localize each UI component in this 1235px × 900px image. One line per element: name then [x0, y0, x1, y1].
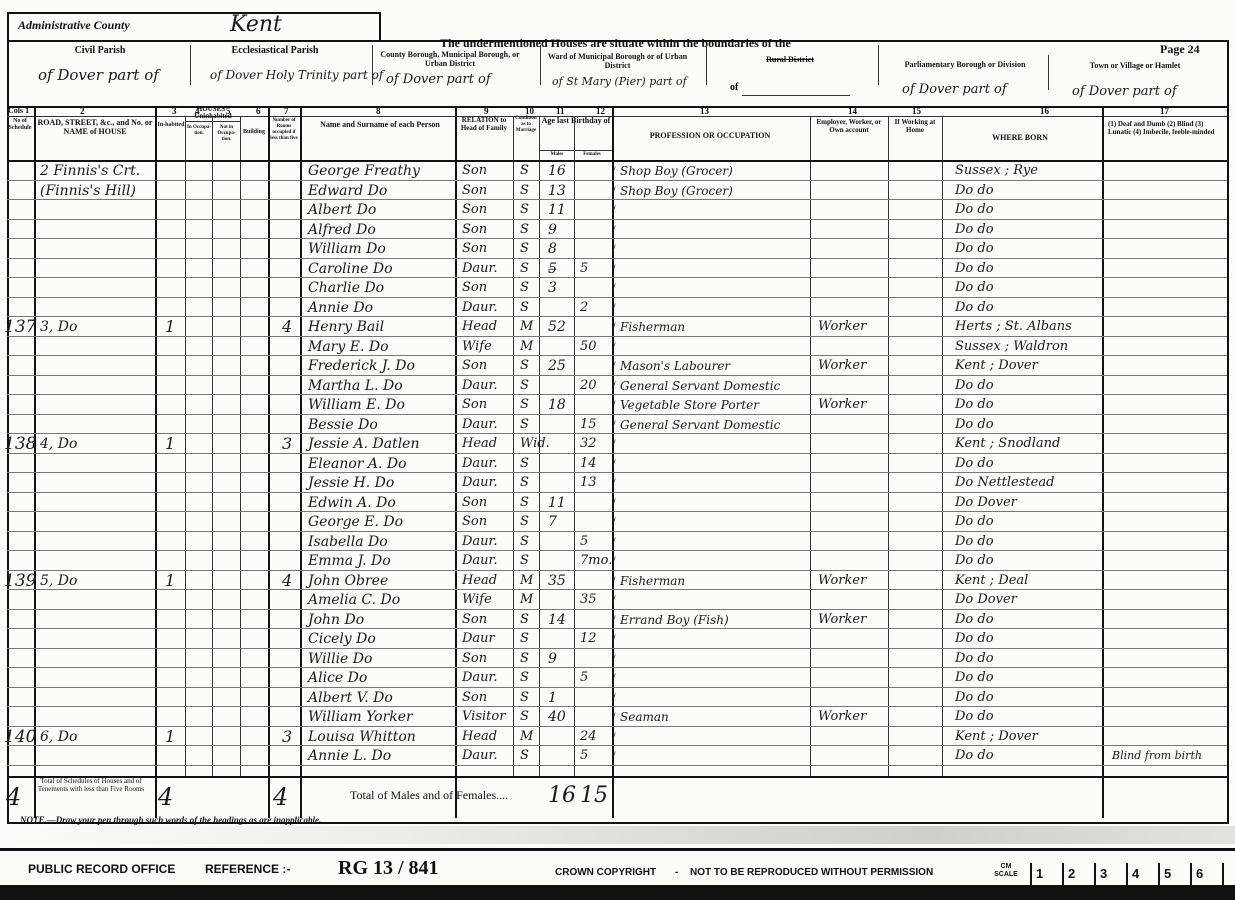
female-age: 2	[580, 299, 588, 317]
inhabited-count: 1	[165, 318, 175, 336]
birthplace: Do do	[955, 747, 994, 765]
female-age: 14	[580, 455, 597, 473]
marital-condition: S	[520, 455, 529, 473]
total-rooms: 4	[273, 783, 288, 811]
person-name: Annie Do	[308, 299, 373, 317]
birthplace: Do do	[955, 630, 994, 648]
check-mark-icon: /	[612, 261, 616, 277]
person-name: Louisa Whitton	[308, 728, 416, 746]
schedule-number: 137	[4, 318, 36, 336]
marital-condition: S	[520, 182, 529, 200]
check-mark-icon: /	[612, 670, 616, 686]
parl-borough-value: of Dover part of	[902, 82, 1007, 97]
occupation: Vegetable Store Porter	[620, 396, 759, 414]
employer-status: Worker	[818, 357, 866, 375]
marital-condition: S	[520, 552, 529, 570]
male-age: 14	[548, 611, 566, 629]
birthplace: Do do	[955, 689, 994, 707]
person-name: Annie L. Do	[308, 747, 391, 765]
col-not-in-occupation-header: Not in Occupa-tion.	[213, 125, 240, 143]
birthplace: Do do	[955, 396, 994, 414]
check-mark-icon: /	[612, 690, 616, 706]
marital-condition: S	[520, 611, 529, 629]
footer-office: PUBLIC RECORD OFFICE	[28, 862, 175, 876]
marital-condition: M	[520, 318, 533, 336]
footer-dash: -	[675, 867, 678, 878]
admin-county-label: Administrative County	[18, 18, 130, 33]
col-working-home-header: If Working at Home	[890, 118, 940, 134]
birthplace: Do do	[955, 299, 994, 317]
column-number: 13	[700, 106, 709, 116]
employer-status: Worker	[818, 318, 866, 336]
total-inhabited: 4	[158, 783, 173, 811]
birthplace: Do do	[955, 201, 994, 219]
birthplace: Do do	[955, 533, 994, 551]
birthplace: Do do	[955, 513, 994, 531]
check-mark-icon: /	[612, 573, 616, 589]
col-infirmity-header: (1) Deaf and Dumb (2) Blind (3) Lunatic …	[1108, 120, 1218, 136]
birthplace: Do do	[955, 611, 994, 629]
col-males-header: Males	[542, 151, 572, 159]
female-age: 7mo.	[580, 552, 612, 570]
relation: Head	[462, 572, 497, 590]
relation: Son	[462, 279, 487, 297]
col-employer-header: Employer, Worker, or Own account	[812, 118, 886, 134]
marital-condition: S	[520, 357, 529, 375]
check-mark-icon: /	[612, 709, 616, 725]
column-number: 16	[1040, 106, 1049, 116]
check-mark-icon: /	[612, 378, 616, 394]
column-number: 8	[376, 106, 381, 116]
person-name: George Freathy	[308, 162, 420, 180]
birthplace: Do do	[955, 240, 994, 258]
marital-condition: S	[520, 240, 529, 258]
relation: Head	[462, 318, 497, 336]
birthplace: Kent ; Dover	[955, 728, 1038, 746]
birthplace: Do do	[955, 260, 994, 278]
check-mark-icon: /	[612, 748, 616, 764]
relation: Daur.	[462, 669, 497, 687]
birthplace: Do do	[955, 552, 994, 570]
person-name: Albert V. Do	[308, 689, 393, 707]
birthplace: Kent ; Deal	[955, 572, 1028, 590]
inhabited-count: 1	[165, 435, 175, 453]
female-age: 5	[580, 747, 588, 765]
birthplace: Do do	[955, 455, 994, 473]
birthplace: Do do	[955, 279, 994, 297]
person-name: William E. Do	[308, 396, 405, 414]
check-mark-icon: /	[612, 280, 616, 296]
birthplace: Do Dover	[955, 591, 1017, 609]
footer-scale-label: CM SCALE	[993, 863, 1019, 879]
relation: Daur.	[462, 260, 497, 278]
check-mark-icon: /	[612, 729, 616, 745]
relation: Son	[462, 494, 487, 512]
female-age: 5	[580, 669, 588, 687]
road-address: 4, Do	[40, 435, 77, 453]
infirmity: Blind from birth	[1112, 747, 1202, 765]
birthplace: Kent ; Dover	[955, 357, 1038, 375]
occupation: Mason's Labourer	[620, 357, 730, 375]
female-age: 24	[580, 728, 597, 746]
marital-condition: S	[520, 669, 529, 687]
relation: Son	[462, 221, 487, 239]
male-age: 11	[548, 494, 566, 512]
col-building-header: Building	[241, 128, 267, 136]
parl-borough-label: Parliamentary Borough or Division	[895, 60, 1035, 69]
scale-box: 4	[1126, 863, 1152, 897]
person-name: Albert Do	[308, 201, 376, 219]
person-name: Emma J. Do	[308, 552, 391, 570]
marital-condition: S	[520, 162, 529, 180]
relation: Son	[462, 182, 487, 200]
col-occupation-header: PROFESSION OR OCCUPATION	[615, 130, 805, 141]
relation: Son	[462, 162, 487, 180]
relation: Daur.	[462, 455, 497, 473]
rural-district-value: of	[730, 82, 738, 93]
rooms-count: 3	[282, 435, 292, 453]
person-name: Caroline Do	[308, 260, 393, 278]
relation: Son	[462, 650, 487, 668]
road-address: 6, Do	[40, 728, 77, 746]
check-mark-icon: /	[612, 436, 616, 452]
employer-status: Worker	[818, 396, 866, 414]
col-schedule-header: No of Schedule	[7, 118, 33, 132]
check-mark-icon: /	[612, 202, 616, 218]
borough-value: of Dover part of	[386, 72, 491, 87]
relation: Son	[462, 201, 487, 219]
col-rooms-header: Number of Rooms occupied if less than fi…	[269, 118, 299, 142]
col-in-occupation-header: In Occupa-tion.	[186, 125, 212, 137]
civil-parish-label: Civil Parish	[30, 45, 170, 56]
col-where-born-header: WHERE BORN	[945, 132, 1095, 143]
eccl-parish-label: Ecclesiastical Parish	[200, 45, 350, 56]
marital-condition: S	[520, 533, 529, 551]
check-mark-icon: /	[612, 397, 616, 413]
birthplace: Do Dover	[955, 494, 1017, 512]
col-relation-header: RELATION to Head of Family	[456, 116, 512, 132]
person-name: Henry Bail	[308, 318, 384, 336]
schedule-number: 139	[4, 572, 36, 590]
relation: Wife	[462, 338, 492, 356]
check-mark-icon: /	[612, 514, 616, 530]
census-page: Administrative County Kent The underment…	[0, 0, 1235, 900]
relation: Son	[462, 357, 487, 375]
road-address: 2 Finnis's Crt.	[40, 162, 140, 180]
birthplace: Do do	[955, 650, 994, 668]
check-mark-icon: /	[612, 358, 616, 374]
footer-reference-label: REFERENCE :-	[205, 862, 290, 876]
check-mark-icon: /	[612, 612, 616, 628]
male-age: 52	[548, 318, 566, 336]
check-mark-icon: /	[612, 651, 616, 667]
column-number: 11	[556, 106, 565, 116]
person-name: John Obree	[308, 572, 388, 590]
footer-reference-value: RG 13 / 841	[338, 857, 439, 880]
check-mark-icon: /	[612, 553, 616, 569]
relation: Daur.	[462, 533, 497, 551]
column-number: 15	[912, 106, 921, 116]
marital-condition: S	[520, 474, 529, 492]
person-name: Bessie Do	[308, 416, 378, 434]
female-age: 35	[580, 591, 597, 609]
relation: Son	[462, 611, 487, 629]
column-number: 14	[848, 106, 857, 116]
relation: Visitor	[462, 708, 505, 726]
relation: Son	[462, 513, 487, 531]
male-age: 7	[548, 513, 557, 531]
person-name: William Yorker	[308, 708, 413, 726]
relation: Son	[462, 396, 487, 414]
relation: Daur.	[462, 416, 497, 434]
male-age: 25	[548, 357, 566, 375]
col-name-header: Name and Surname of each Person	[310, 120, 450, 129]
marital-condition: S	[520, 377, 529, 395]
relation: Head	[462, 728, 497, 746]
column-number: 7	[284, 106, 289, 116]
road-address: 5, Do	[40, 572, 77, 590]
marital-condition: S	[520, 689, 529, 707]
marital-condition: S	[520, 396, 529, 414]
marital-condition: S	[520, 630, 529, 648]
town-label: Town or Village or Hamlet	[1060, 62, 1210, 70]
person-name: Mary E. Do	[308, 338, 389, 356]
marital-condition: S	[520, 201, 529, 219]
male-age: 8	[548, 240, 557, 258]
occupation: Fisherman	[620, 318, 685, 336]
marital-condition: S	[520, 708, 529, 726]
check-mark-icon: /	[612, 456, 616, 472]
marital-condition: M	[520, 591, 533, 609]
birthplace: Sussex ; Rye	[955, 162, 1038, 180]
person-name: Martha L. Do	[308, 377, 403, 395]
column-number: 4	[195, 106, 200, 116]
person-name: Alice Do	[308, 669, 367, 687]
employer-status: Worker	[818, 572, 866, 590]
birthplace: Do do	[955, 182, 994, 200]
male-age: 9	[548, 221, 557, 239]
marital-condition: S	[520, 279, 529, 297]
person-name: Edwin A. Do	[308, 494, 396, 512]
marital-condition: S	[520, 513, 529, 531]
schedule-number: 138	[4, 435, 36, 453]
relation: Daur.	[462, 747, 497, 765]
ward-label: Ward of Municipal Borough or of Urban Di…	[545, 52, 690, 70]
note-text: NOTE.—Draw your pen through such words o…	[20, 815, 321, 825]
relation: Daur.	[462, 299, 497, 317]
female-age: 13	[580, 474, 597, 492]
check-mark-icon: /	[612, 339, 616, 355]
birthplace: Do Nettlestead	[955, 474, 1054, 492]
relation: Daur.	[462, 474, 497, 492]
col-road-header: ROAD, STREET, &c., and No. or NAME of HO…	[36, 118, 154, 136]
marital-condition: S	[520, 221, 529, 239]
inhabited-count: 1	[165, 728, 175, 746]
check-mark-icon: /	[612, 475, 616, 491]
occupation: Seaman	[620, 708, 669, 726]
check-mark-icon: /	[612, 534, 616, 550]
scan-noise	[0, 826, 1235, 844]
column-number: 17	[1160, 106, 1169, 116]
scale-box: 1	[1030, 863, 1056, 897]
scale-box: 3	[1094, 863, 1120, 897]
birthplace: Do do	[955, 221, 994, 239]
civil-parish-value: of Dover part of	[38, 66, 159, 84]
rooms-count: 4	[282, 318, 292, 336]
marital-condition: Wid.	[520, 435, 550, 453]
relation: Son	[462, 689, 487, 707]
person-name: Jessie A. Datlen	[308, 435, 419, 453]
scale-box	[1222, 863, 1235, 897]
male-age: 9	[548, 650, 557, 668]
scale-box: 5	[1158, 863, 1184, 897]
female-age: 15	[580, 416, 597, 434]
relation: Son	[462, 240, 487, 258]
birthplace: Do do	[955, 708, 994, 726]
check-mark-icon: /	[612, 163, 616, 179]
check-mark-icon: /	[612, 319, 616, 335]
inhabited-count: 1	[165, 572, 175, 590]
cols-label: Cols 1	[8, 106, 29, 115]
birthplace: Do do	[955, 669, 994, 687]
birthplace: Herts ; St. Albans	[955, 318, 1072, 336]
female-age: 50	[580, 338, 597, 356]
person-name: John Do	[308, 611, 364, 629]
col-age-header: Age last Birthday of	[540, 116, 612, 125]
total-females: 15	[580, 783, 608, 808]
female-age: 5	[580, 533, 588, 551]
male-age: 40	[548, 708, 566, 726]
male-age: 1	[548, 689, 557, 707]
eccl-parish-value: of Dover Holy Trinity part of	[210, 68, 383, 82]
admin-county-value: Kent	[230, 12, 282, 37]
marital-condition: S	[520, 260, 529, 278]
birthplace: Kent ; Snodland	[955, 435, 1060, 453]
column-number: 12	[596, 106, 605, 116]
total-males-females-label: Total of Males and of Females....	[350, 788, 508, 803]
road-address: 3, Do	[40, 318, 77, 336]
occupation: Shop Boy (Grocer)	[620, 182, 733, 200]
birthplace: Do do	[955, 416, 994, 434]
person-name: Cicely Do	[308, 630, 376, 648]
ward-value: of St Mary (Pier) part of	[552, 75, 687, 88]
occupation: General Servant Domestic	[620, 416, 780, 434]
rural-district-label: Rural District	[730, 56, 850, 64]
scale-box: 2	[1062, 863, 1088, 897]
borough-label: County Borough, Municipal Borough, or Ur…	[380, 50, 520, 68]
marital-condition: S	[520, 494, 529, 512]
relation: Daur	[462, 630, 495, 648]
person-name: Edward Do	[308, 182, 387, 200]
column-number: 3	[172, 106, 177, 116]
check-mark-icon: /	[612, 592, 616, 608]
person-name: William Do	[308, 240, 386, 258]
rooms-count: 4	[282, 572, 292, 590]
column-number: 6	[256, 106, 261, 116]
employer-status: Worker	[818, 708, 866, 726]
col-condition-header: Condition as to Marriage	[514, 116, 538, 134]
person-name: Charlie Do	[308, 279, 384, 297]
marital-condition: S	[520, 747, 529, 765]
marital-condition: M	[520, 728, 533, 746]
rooms-count: 3	[282, 728, 292, 746]
male-age: 3	[548, 279, 557, 297]
occupation: General Servant Domestic	[620, 377, 780, 395]
relation: Head	[462, 435, 497, 453]
column-number: 2	[80, 106, 85, 116]
marital-condition: S	[520, 299, 529, 317]
person-name: Willie Do	[308, 650, 372, 668]
col-inhabited-header: In-habited	[157, 122, 185, 129]
col-females-header: Females	[574, 151, 610, 159]
marital-condition: S	[520, 416, 529, 434]
birthplace: Sussex ; Waldron	[955, 338, 1068, 356]
schedule-number: 140	[4, 728, 36, 746]
check-mark-icon: /	[612, 495, 616, 511]
check-mark-icon: /	[612, 241, 616, 257]
total-males: 16	[548, 783, 576, 808]
marital-condition: M	[520, 572, 533, 590]
male-age: 5̶	[548, 260, 557, 278]
check-mark-icon: /	[612, 631, 616, 647]
person-name: Amelia C. Do	[308, 591, 400, 609]
total-schedules-label: Total of Schedules of Houses and of Tene…	[36, 777, 146, 793]
total-schedules: 4	[6, 783, 21, 811]
male-age: 16	[548, 162, 566, 180]
relation: Wife	[462, 591, 492, 609]
female-age: 12	[580, 630, 597, 648]
birthplace: Do do	[955, 377, 994, 395]
occupation: Fisherman	[620, 572, 685, 590]
female-age: 5	[580, 260, 588, 278]
male-age: 11	[548, 201, 566, 219]
occupation: Shop Boy (Grocer)	[620, 162, 733, 180]
person-name: Eleanor A. Do	[308, 455, 407, 473]
male-age: 18	[548, 396, 566, 414]
person-name: George E. Do	[308, 513, 403, 531]
check-mark-icon: /	[612, 222, 616, 238]
check-mark-icon: /	[612, 417, 616, 433]
employer-status: Worker	[818, 611, 866, 629]
check-mark-icon: /	[612, 183, 616, 199]
town-value: of Dover part of	[1072, 84, 1177, 99]
person-name: Isabella Do	[308, 533, 388, 551]
female-age: 20	[580, 377, 597, 395]
footer-copyright: CROWN COPYRIGHT	[555, 867, 656, 878]
check-mark-icon: /	[612, 300, 616, 316]
column-number: 5	[226, 106, 231, 116]
relation: Daur.	[462, 552, 497, 570]
person-name: Alfred Do	[308, 221, 376, 239]
column-number: 9	[484, 106, 489, 116]
female-age: 32	[580, 435, 597, 453]
footer-permission: NOT TO BE REPRODUCED WITHOUT PERMISSION	[690, 867, 933, 878]
road-address: (Finnis's Hill)	[40, 182, 136, 200]
person-name: Jessie H. Do	[308, 474, 394, 492]
male-age: 35	[548, 572, 566, 590]
relation: Daur.	[462, 377, 497, 395]
column-number: 10	[525, 106, 534, 116]
person-name: Frederick J. Do	[308, 357, 415, 375]
marital-condition: M	[520, 338, 533, 356]
scale-box: 6	[1190, 863, 1216, 897]
male-age: 13	[548, 182, 566, 200]
occupation: Errand Boy (Fish)	[620, 611, 729, 629]
marital-condition: S	[520, 650, 529, 668]
